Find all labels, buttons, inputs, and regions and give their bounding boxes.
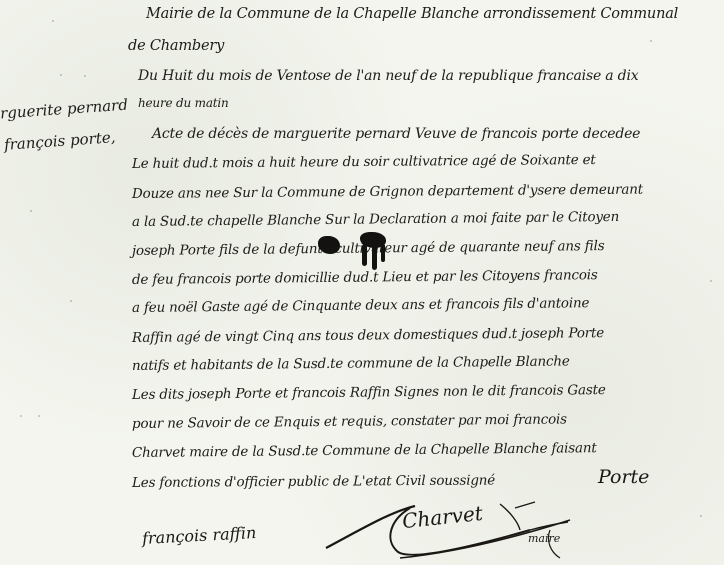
paper-speck bbox=[60, 74, 62, 76]
record-date-line: heure du matin bbox=[138, 96, 229, 110]
paper-speck bbox=[20, 415, 22, 417]
ink-blot bbox=[381, 244, 385, 262]
paper-speck bbox=[650, 40, 652, 42]
record-body-line: Raffin agé de vingt Cinq ans tous deux d… bbox=[132, 325, 604, 346]
paper-speck bbox=[70, 300, 72, 302]
record-body-line: a feu noël Gaste agé de Cinquante deux a… bbox=[132, 295, 589, 316]
record-date-line: Du Huit du mois de Ventose de l'an neuf … bbox=[138, 68, 638, 84]
paper-speck bbox=[52, 20, 54, 22]
paper-speck bbox=[700, 515, 702, 517]
record-body-line: Le huit dud.t mois a huit heure du soir … bbox=[132, 152, 596, 172]
record-body-line: pour ne Savoir de ce Enquis et requis, c… bbox=[132, 411, 567, 432]
record-body-line: de feu francois porte domicillie dud.t L… bbox=[132, 267, 598, 288]
ink-blot bbox=[372, 244, 377, 270]
paper-speck bbox=[30, 210, 32, 212]
signature-mayor-title: maire bbox=[528, 532, 560, 545]
record-body-line: a la Sud.te chapelle Blanche Sur la Decl… bbox=[132, 209, 619, 230]
record-body-line: Acte de décès de marguerite pernard Veuv… bbox=[152, 126, 640, 142]
paper-speck bbox=[38, 415, 40, 417]
signature-porte: Porte bbox=[598, 466, 649, 488]
record-header-line: de Chambery bbox=[128, 38, 224, 54]
signature-raffin: françois raffin bbox=[142, 523, 257, 548]
record-body-line: Les dits joseph Porte et francois Raffin… bbox=[132, 382, 606, 403]
record-header-line: Mairie de la Commune de la Chapelle Blan… bbox=[146, 6, 678, 22]
record-body-line: Charvet maire de la Susd.te Commune de l… bbox=[132, 440, 597, 461]
margin-note-spouse: françois porte, bbox=[4, 128, 116, 154]
paper-speck bbox=[710, 280, 712, 282]
document-page: rguerite pernard françois porte, Mairie … bbox=[0, 0, 724, 565]
margin-note-deceased: rguerite pernard bbox=[0, 96, 128, 123]
record-closing-line: Les fonctions d'officier public de L'eta… bbox=[132, 472, 495, 491]
ink-blot bbox=[362, 244, 367, 266]
record-body-line: natifs et habitants de la Susd.te commun… bbox=[132, 353, 570, 374]
record-body-line: Douze ans nee Sur la Commune de Grignon … bbox=[132, 182, 643, 202]
ink-blot bbox=[318, 236, 340, 254]
paper-speck bbox=[84, 75, 86, 77]
